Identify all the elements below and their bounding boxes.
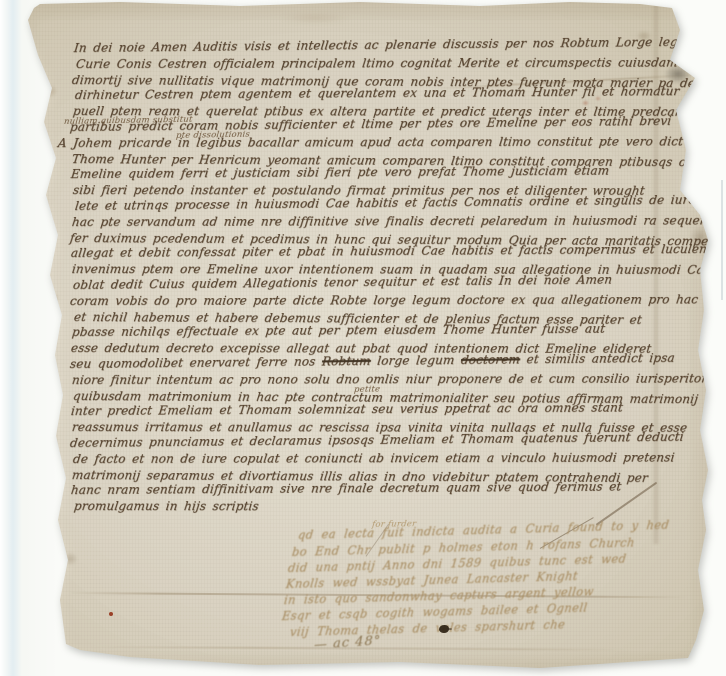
- manuscript-line: Curie Conis Cestren officialem principal…: [75, 55, 709, 71]
- manuscript-line: niore finitur intentum ac pro nono solu …: [71, 371, 726, 387]
- stain: [62, 552, 78, 566]
- stain: [280, 12, 350, 24]
- manuscript-line: de facto et non de iure copulat et coniu…: [72, 450, 675, 466]
- manuscript-line: coram vobis do pro maiore parte dicte Ro…: [69, 292, 726, 308]
- stain: [40, 84, 58, 98]
- manuscript-line: A Johem pricarde in legibus bacallar ami…: [57, 134, 684, 150]
- paper-sheet: In dei noie Amen Auditis visis et intell…: [0, 0, 726, 676]
- ink-blot: [439, 625, 449, 633]
- stain: [46, 292, 60, 304]
- manuscript-line: promulgamus in hijs scriptis: [73, 499, 260, 513]
- interlinear-note: pte dissolutionis: [175, 130, 250, 141]
- paper-surface: In dei noie Amen Auditis visis et intell…: [0, 0, 726, 676]
- red-spot: [109, 612, 113, 616]
- scanned-document: In dei noie Amen Auditis visis et intell…: [0, 0, 726, 676]
- manuscript-line: hac pte servandum ad nime nre diffinitiv…: [71, 213, 717, 229]
- interlinear-note: petite: [353, 385, 380, 395]
